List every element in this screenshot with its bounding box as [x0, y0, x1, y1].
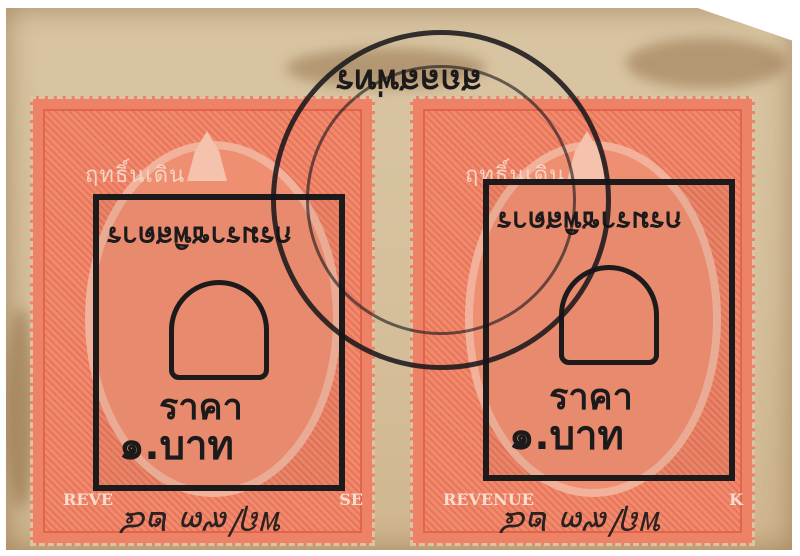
stamp-top-text: ฤทธิ์นเดิน	[85, 157, 185, 192]
manuscript-signature: พฤ/๙๓ ๒๔	[123, 497, 285, 551]
cancellation-text: สถลสพ่ทร	[336, 55, 482, 109]
emblem-icon	[169, 280, 269, 380]
overprint-amount: ๑.บาท	[119, 413, 234, 477]
overprint-amount: ๑.บาท	[509, 403, 624, 467]
revenue-label: REVE	[63, 490, 113, 509]
revenue-label-right: SE	[339, 490, 363, 509]
manuscript-signature: พฤ/๙๓ ๒๔	[503, 497, 665, 551]
circular-cancellation: สถลสพ่ทร	[271, 30, 611, 370]
stain	[626, 38, 786, 88]
overprint-top-text: กรมราชพิสดาร	[107, 214, 292, 258]
paper-fragment: ฤทธิ์นเดิน REVE SE กรมราชพิสดาร ราคา ๑.บ…	[6, 8, 792, 550]
revenue-label-right: K	[729, 490, 743, 509]
